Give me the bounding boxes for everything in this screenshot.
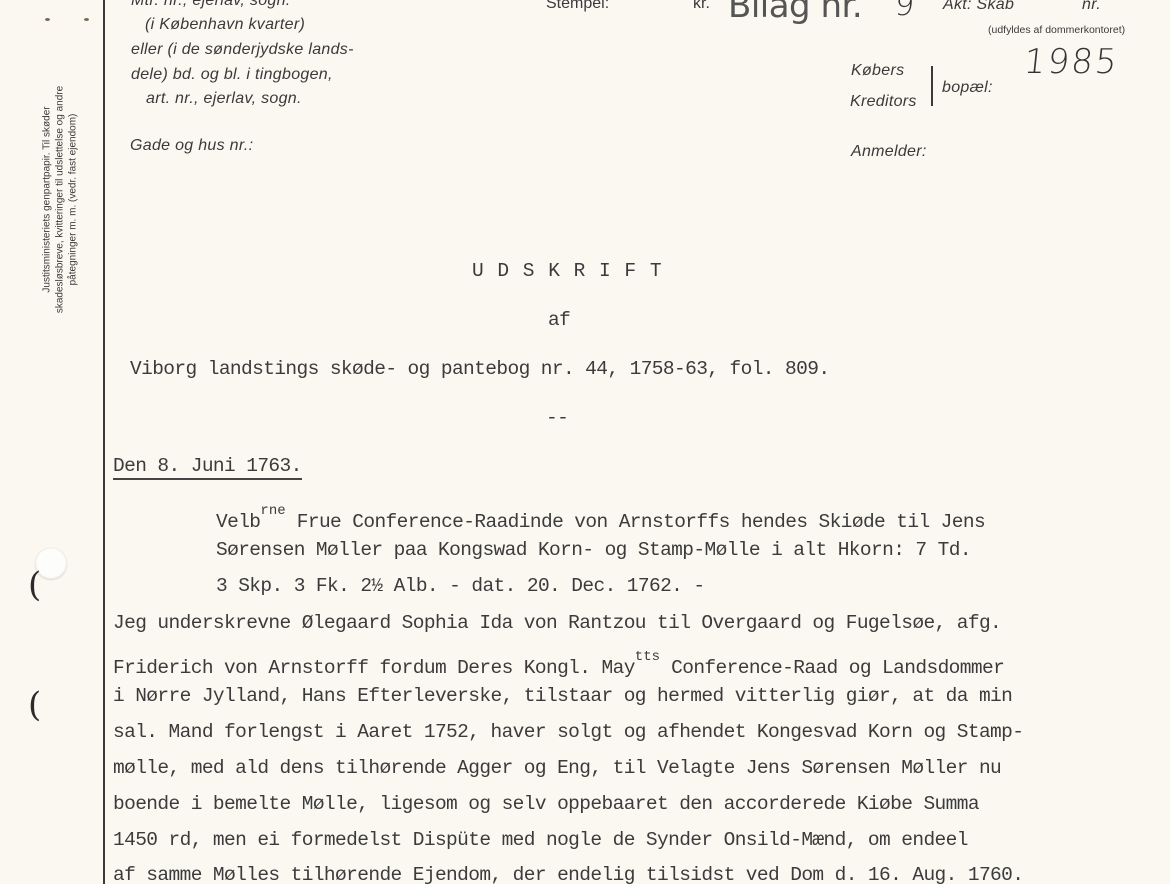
margin-note-line: Justitsministeriets genpartpapir. Til sk…: [41, 50, 54, 350]
bilag-number-handwritten: 9: [893, 0, 918, 23]
document-subtitle: af: [548, 309, 570, 331]
form-label-kobenhavn: (i København kvarter): [145, 16, 305, 34]
bilag-stamp: Bilag nr.: [728, 0, 862, 26]
summary-line-2: Sørensen Møller paa Kongswad Korn- og St…: [216, 539, 971, 561]
summary-text: Frue Conference-Raadinde von Arnstorffs …: [286, 511, 985, 533]
form-label-akt-skab: Akt: Skab: [943, 0, 1014, 14]
form-label-kreditors: Kreditors: [850, 93, 917, 111]
date-heading: Den 8. Juni 1763.: [113, 455, 302, 477]
stain-mark: [84, 18, 89, 21]
body-line: mølle, med ald dens tilhørende Agger og …: [113, 757, 1001, 779]
date-heading-text: Den 8. Juni 1763.: [113, 455, 302, 480]
bracket-mark-icon: (: [28, 685, 41, 725]
form-label-bopael: bopæl:: [942, 79, 993, 97]
stain-mark: [45, 18, 50, 21]
body-text: Friderich von Arnstorff fordum Deres Kon…: [113, 657, 635, 679]
form-label-sonderjydske: eller (i de sønderjydske lands-: [131, 41, 354, 59]
margin-note-line: skadesløsbreve, kvitteringer til udslett…: [54, 50, 67, 350]
year-handwritten: 1985: [1022, 42, 1121, 82]
document-source: Viborg landstings skøde- og pantebog nr.…: [130, 358, 829, 380]
body-line: Jeg underskrevne Ølegaard Sophia Ida von…: [113, 612, 1001, 634]
body-line: Friderich von Arnstorff fordum Deres Kon…: [113, 649, 1004, 679]
brace-line: [931, 66, 933, 106]
body-text: Conference-Raad og Landsdommer: [660, 657, 1004, 679]
body-line: sal. Mand forlengst i Aaret 1752, haver …: [113, 721, 1023, 743]
form-label-stempel: Stempel:: [546, 0, 609, 13]
summary-text: Velb: [216, 511, 260, 533]
bracket-mark-icon: (: [28, 565, 41, 605]
summary-line-3: 3 Skp. 3 Fk. 2½ Alb. - dat. 20. Dec. 176…: [216, 575, 704, 597]
form-label-art-nr: art. nr., ejerlav, sogn.: [146, 90, 302, 108]
separator: --: [546, 407, 568, 429]
body-line: 1450 rd, men ei formedelst Dispüte med n…: [113, 829, 968, 851]
form-note-udfyldes: (udfyldes af dommerkontoret): [988, 24, 1125, 36]
form-label-tingbogen: dele) bd. og bl. i tingbogen,: [131, 66, 333, 84]
superscript: rne: [260, 503, 285, 519]
body-line: af samme Mølles tilhørende Ejendom, der …: [113, 864, 1023, 884]
form-label-nr: nr.: [1082, 0, 1101, 14]
document-title: U D S K R I F T: [472, 260, 663, 282]
form-label-kr: kr.: [693, 0, 710, 13]
superscript: tts: [635, 649, 660, 665]
form-label-kobers: Købers: [851, 62, 904, 80]
form-label-mtr: Mtr. nr., ejerlav, sogn.: [131, 0, 291, 10]
margin-note: Justitsministeriets genpartpapir. Til sk…: [41, 50, 80, 350]
summary-line-1: Velbrne Frue Conference-Raadinde von Arn…: [216, 503, 985, 533]
form-label-anmelder: Anmelder:: [851, 143, 927, 161]
body-line: i Nørre Jylland, Hans Efterleverske, til…: [113, 685, 1012, 707]
margin-line: [103, 0, 105, 884]
form-label-gade: Gade og hus nr.:: [130, 137, 253, 155]
bilag-stamp-text: Bilag nr.: [728, 0, 862, 26]
margin-note-line: påtegninger m. m. (vedr. fast ejendom): [67, 50, 80, 350]
body-line: boende i bemelte Mølle, ligesom og selv …: [113, 793, 979, 815]
